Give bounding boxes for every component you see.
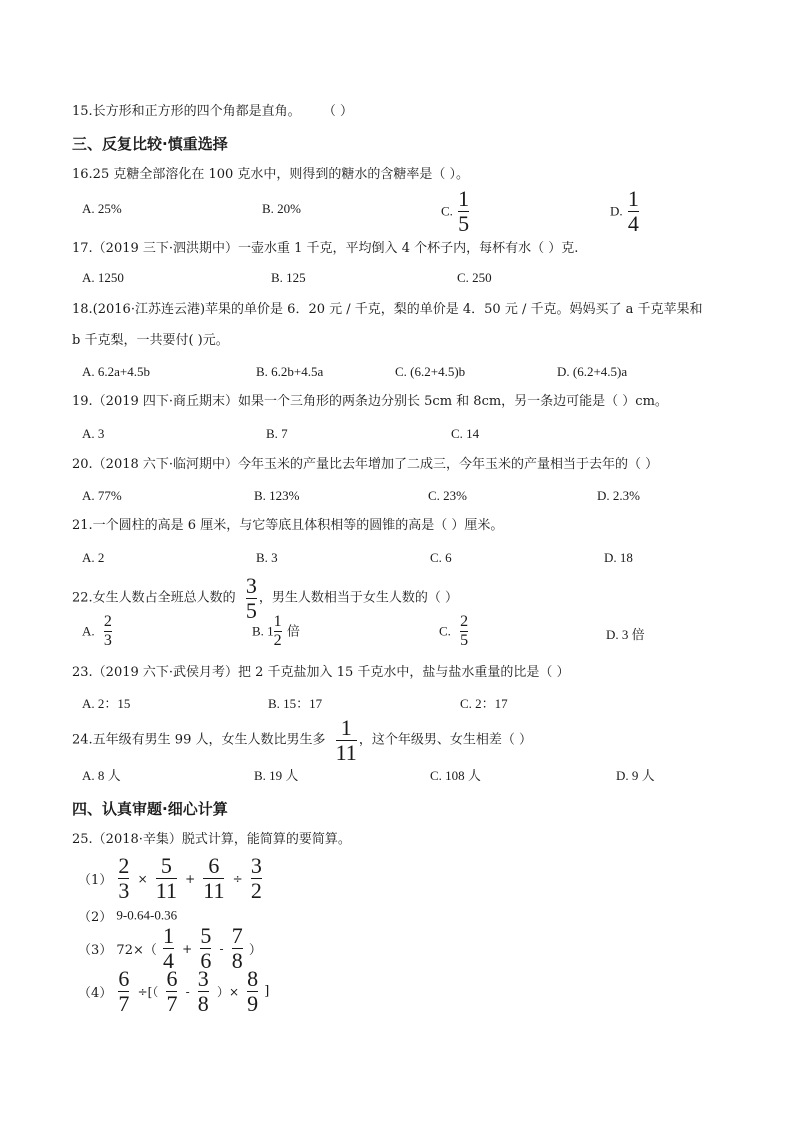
fraction: 32 bbox=[251, 855, 262, 902]
fraction: 38 bbox=[198, 968, 209, 1015]
option-a: A. 2 3 bbox=[82, 614, 114, 649]
option-a: A. 3 bbox=[82, 426, 104, 442]
question-19-text: 19.（2019 四下·商丘期末）如果一个三角形的两条边分别长 5cm 和 8c… bbox=[72, 394, 668, 410]
expression: 9-0.64-0.36 bbox=[116, 908, 177, 923]
calc-item-4: （4） 67 ÷[（ 67 - 38 ）× 89 ] bbox=[78, 968, 269, 1015]
operator: + bbox=[185, 872, 195, 886]
denominator: 4 bbox=[628, 213, 639, 235]
question-16-text: 16.25 克糖全部溶化在 100 克水中，则得到的糖水的含糖率是（ ）。 bbox=[72, 167, 469, 183]
fraction: 89 bbox=[247, 968, 258, 1015]
answer-blank: （ ） bbox=[323, 104, 353, 119]
fraction: 67 bbox=[166, 968, 177, 1015]
fraction: 511 bbox=[156, 855, 177, 902]
fraction: 2 5 bbox=[460, 614, 468, 649]
question-24-text: 24.五年级有男生 99 人，女生人数比男生多 bbox=[72, 733, 325, 748]
option-b: B. 6.2b+4.5a bbox=[256, 364, 323, 380]
option-prefix: D. bbox=[610, 204, 623, 219]
option-c: C. 2 5 bbox=[439, 614, 470, 649]
option-a: A. 2：15 bbox=[82, 696, 130, 712]
fraction: 56 bbox=[200, 925, 211, 972]
operator: - bbox=[186, 985, 190, 999]
option-b: B. 15：17 bbox=[268, 696, 322, 712]
option-c: C. 108 人 bbox=[430, 768, 481, 784]
question-24: 24.五年级有男生 99 人，女生人数比男生多 1 11 ，这个年级男、女生相差… bbox=[72, 717, 532, 764]
question-22-text: 22.女生人数占全班总人数的 bbox=[72, 591, 236, 606]
option-b: B. 19 人 bbox=[254, 768, 298, 784]
expression-prefix: 72×（ bbox=[116, 943, 156, 958]
option-prefix: C. bbox=[439, 624, 451, 639]
option-b: B. 3 bbox=[256, 550, 278, 566]
expression-suffix: ] bbox=[264, 984, 269, 999]
expression-suffix: ） bbox=[249, 943, 262, 958]
option-c: C. 23% bbox=[428, 488, 467, 504]
option-d: D. 2.3% bbox=[597, 488, 640, 504]
numerator: 1 bbox=[458, 188, 469, 210]
option-a: A. 2 bbox=[82, 550, 104, 566]
numerator: 1 bbox=[274, 614, 282, 630]
option-a: A. 1250 bbox=[82, 270, 124, 286]
option-a: A. 25% bbox=[82, 201, 122, 217]
option-d: D. 18 bbox=[604, 550, 633, 566]
denominator: 2 bbox=[274, 633, 282, 649]
option-a: A. 8 人 bbox=[82, 768, 121, 784]
numerator: 1 bbox=[628, 188, 639, 210]
option-a: A. 6.2a+4.5b bbox=[82, 364, 150, 380]
option-prefix: C. bbox=[441, 204, 453, 219]
question-15-text: 15.长方形和正方形的四个角都是直角。 bbox=[72, 104, 301, 119]
operator: ÷ bbox=[233, 872, 243, 886]
operator: + bbox=[182, 942, 192, 956]
numerator: 3 bbox=[246, 575, 257, 597]
option-a: A. 77% bbox=[82, 488, 122, 504]
fraction: 78 bbox=[232, 925, 243, 972]
option-d: D. (6.2+4.5)a bbox=[557, 364, 627, 380]
option-d: D. 3 倍 bbox=[606, 627, 645, 643]
question-20-text: 20.（2018 六下·临河期中）今年玉米的产量比去年增加了二成三，今年玉米的产… bbox=[72, 457, 658, 473]
option-prefix: A. bbox=[82, 624, 95, 639]
question-21-text: 21.一个圆柱的高是 6 厘米，与它等底且体积相等的圆锥的高是（ ）厘米。 bbox=[72, 518, 503, 534]
fraction: 1 11 bbox=[336, 717, 357, 764]
option-c: C. 2：17 bbox=[460, 696, 508, 712]
option-c: C. 250 bbox=[457, 270, 492, 286]
denominator: 3 bbox=[104, 633, 112, 649]
fraction: 1 2 bbox=[274, 614, 282, 649]
question-17-text: 17.（2019 三下·泗洪期中）一壶水重 1 千克，平均倒入 4 个杯子内，每… bbox=[72, 241, 578, 257]
option-b: B. 1 1 2 倍 bbox=[252, 614, 300, 649]
question-18-text-line2: b 千克梨，一共要付( )元。 bbox=[72, 333, 229, 349]
denominator: 11 bbox=[336, 742, 357, 764]
fraction: 67 bbox=[118, 968, 129, 1015]
option-c: C. 6 bbox=[430, 550, 452, 566]
item-label: （1） bbox=[78, 873, 112, 888]
section-heading-4: 四、认真审题·细心计算 bbox=[72, 798, 228, 819]
option-b: B. 125 bbox=[271, 270, 306, 286]
question-24-text-cont: ，这个年级男、女生相差（ ） bbox=[359, 733, 532, 748]
fraction: 23 bbox=[118, 855, 129, 902]
fraction: 2 3 bbox=[104, 614, 112, 649]
item-label: （3） bbox=[78, 943, 112, 958]
fraction: 14 bbox=[163, 925, 174, 972]
option-c: C. (6.2+4.5)b bbox=[395, 364, 465, 380]
question-22-text-cont: ，男生人数相当于女生人数的（ ） bbox=[259, 591, 458, 606]
question-25-text: 25.（2018·辛集）脱式计算，能简算的要简算。 bbox=[72, 832, 351, 848]
fraction: 1 4 bbox=[628, 188, 639, 235]
fraction: 611 bbox=[203, 855, 224, 902]
numerator: 2 bbox=[460, 614, 468, 630]
denominator: 5 bbox=[458, 213, 469, 235]
option-d: D. 1 4 bbox=[610, 188, 641, 235]
option-b: B. 123% bbox=[254, 488, 300, 504]
operator: - bbox=[219, 942, 223, 956]
calc-item-1: （1） 23 × 511 + 611 ÷ 32 bbox=[78, 855, 264, 902]
question-15: 15.长方形和正方形的四个角都是直角。 （ ） bbox=[72, 104, 353, 120]
fraction: 1 5 bbox=[458, 188, 469, 235]
question-23-text: 23.（2019 六下·武侯月考）把 2 千克盐加入 15 千克水中，盐与盐水重… bbox=[72, 665, 570, 681]
operator: ÷[（ bbox=[138, 985, 159, 999]
option-c: C. 1 5 bbox=[441, 188, 471, 235]
item-label: （4） bbox=[78, 986, 112, 1001]
item-label: （2） bbox=[78, 910, 112, 925]
operator: × bbox=[138, 872, 148, 886]
option-b: B. 7 bbox=[266, 426, 288, 442]
numerator: 1 bbox=[336, 717, 357, 739]
numerator: 2 bbox=[104, 614, 112, 630]
option-c: C. 14 bbox=[451, 426, 479, 442]
question-18-text-line1: 18.(2016·江苏连云港)苹果的单价是 6．20 元 / 千克，梨的单价是 … bbox=[72, 302, 703, 318]
option-prefix: B. 1 bbox=[252, 624, 274, 639]
option-b: B. 20% bbox=[262, 201, 301, 217]
section-heading-3: 三、反复比较·慎重选择 bbox=[72, 133, 228, 154]
operator: ）× bbox=[217, 985, 239, 999]
denominator: 5 bbox=[460, 633, 468, 649]
option-suffix: 倍 bbox=[287, 624, 300, 639]
option-d: D. 9 人 bbox=[616, 768, 655, 784]
calc-item-3: （3） 72×（ 14 + 56 - 78 ） bbox=[78, 925, 262, 972]
